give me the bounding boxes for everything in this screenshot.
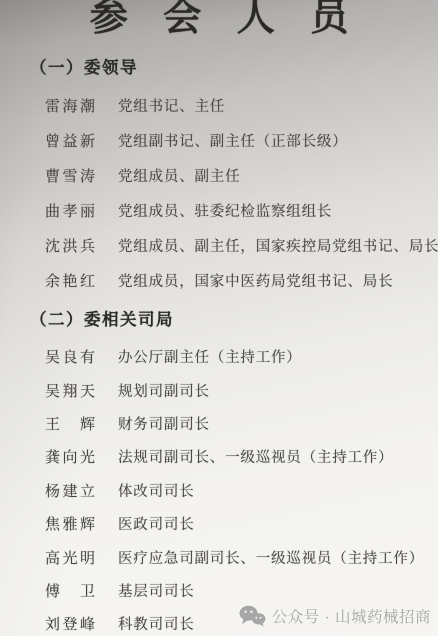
watermark: 公众号 · 山城药械招商 <box>239 605 431 627</box>
participant-name: 王 辉 <box>45 413 118 434</box>
participant-section: （二）委相关司局 吴良有 办公厅副主任（主持工作） 吴翔天 规划司副司长 王 辉… <box>30 308 432 636</box>
participant-row: 曾益新 党组副书记、副主任（正部长级） <box>30 123 432 158</box>
participant-row: 雷海潮 党组书记、主任 <box>30 88 432 123</box>
participant-role: 党组成员、副主任 <box>118 165 240 186</box>
participants-list: （一）委领导 雷海潮 党组书记、主任 曾益新 党组副书记、副主任（正部长级） 曹… <box>30 56 432 636</box>
participant-role: 医政司司长 <box>118 513 195 534</box>
participant-section: （一）委领导 雷海潮 党组书记、主任 曾益新 党组副书记、副主任（正部长级） 曹… <box>30 56 432 298</box>
participant-row: 余艳红 党组成员，国家中医药局党组书记、局长 <box>30 263 432 298</box>
participant-role: 财务司副司长 <box>118 413 210 434</box>
section-rows: 吴良有 办公厅副主任（主持工作） 吴翔天 规划司副司长 王 辉 财务司副司长 龚… <box>30 340 432 636</box>
participant-role: 党组书记、主任 <box>118 95 225 116</box>
participant-row: 傅 卫 基层司司长 <box>30 574 432 607</box>
participant-name: 雷海潮 <box>45 95 118 116</box>
participant-name: 傅 卫 <box>45 580 118 601</box>
participant-name: 曲孝丽 <box>45 200 118 221</box>
participant-name: 杨建立 <box>45 480 118 501</box>
participant-name: 吴翔天 <box>45 380 118 401</box>
document-photo: 参 会 人 员 （一）委领导 雷海潮 党组书记、主任 曾益新 党组副书记、副主任… <box>0 0 438 636</box>
participant-name: 吴良有 <box>45 346 118 367</box>
participant-role: 基层司司长 <box>118 580 195 601</box>
participant-row: 龚向光 法规司副司长、一级巡视员（主持工作） <box>30 440 432 473</box>
participant-name: 高光明 <box>45 547 118 568</box>
participant-role: 体改司司长 <box>118 480 195 501</box>
participant-name: 焦雅辉 <box>45 513 118 534</box>
section-heading: （一）委领导 <box>30 56 432 80</box>
section-heading: （二）委相关司局 <box>30 308 432 332</box>
participant-name: 曾益新 <box>45 130 118 151</box>
participant-role: 党组副书记、副主任（正部长级） <box>118 130 348 151</box>
participant-role: 党组成员、副主任，国家疾控局党组书记、局长 <box>118 235 438 256</box>
participant-role: 规划司副司长 <box>118 380 210 401</box>
wechat-bubbles-icon <box>239 605 266 627</box>
participant-name: 余艳红 <box>45 270 118 291</box>
participant-role: 科教司司长 <box>118 613 195 634</box>
participant-name: 曹雪涛 <box>45 165 118 186</box>
participant-name: 龚向光 <box>45 446 118 467</box>
participant-row: 焦雅辉 医政司司长 <box>30 507 432 540</box>
participant-row: 高光明 医疗应急司副司长、一级巡视员（主持工作） <box>30 540 432 573</box>
participant-row: 杨建立 体改司司长 <box>30 474 432 507</box>
participant-role: 法规司副司长、一级巡视员（主持工作） <box>118 446 393 467</box>
participant-row: 曹雪涛 党组成员、副主任 <box>30 158 432 193</box>
participant-name: 沈洪兵 <box>45 235 118 256</box>
participant-row: 王 辉 财务司副司长 <box>30 407 432 440</box>
section-rows: 雷海潮 党组书记、主任 曾益新 党组副书记、副主任（正部长级） 曹雪涛 党组成员… <box>30 88 432 298</box>
page-title: 参 会 人 员 <box>0 0 438 41</box>
participant-role: 党组成员，国家中医药局党组书记、局长 <box>118 270 393 291</box>
participant-name: 刘登峰 <box>45 613 118 634</box>
participant-role: 党组成员、驻委纪检监察组组长 <box>118 200 332 221</box>
participant-row: 吴翔天 规划司副司长 <box>30 373 432 406</box>
participant-role: 办公厅副主任（主持工作） <box>118 346 302 367</box>
participant-row: 曲孝丽 党组成员、驻委纪检监察组组长 <box>30 193 432 228</box>
participant-row: 吴良有 办公厅副主任（主持工作） <box>30 340 432 373</box>
participant-row: 沈洪兵 党组成员、副主任，国家疾控局党组书记、局长 <box>30 228 432 263</box>
watermark-text: 公众号 · 山城药械招商 <box>272 605 431 627</box>
participant-role: 医疗应急司副司长、一级巡视员（主持工作） <box>118 547 424 568</box>
